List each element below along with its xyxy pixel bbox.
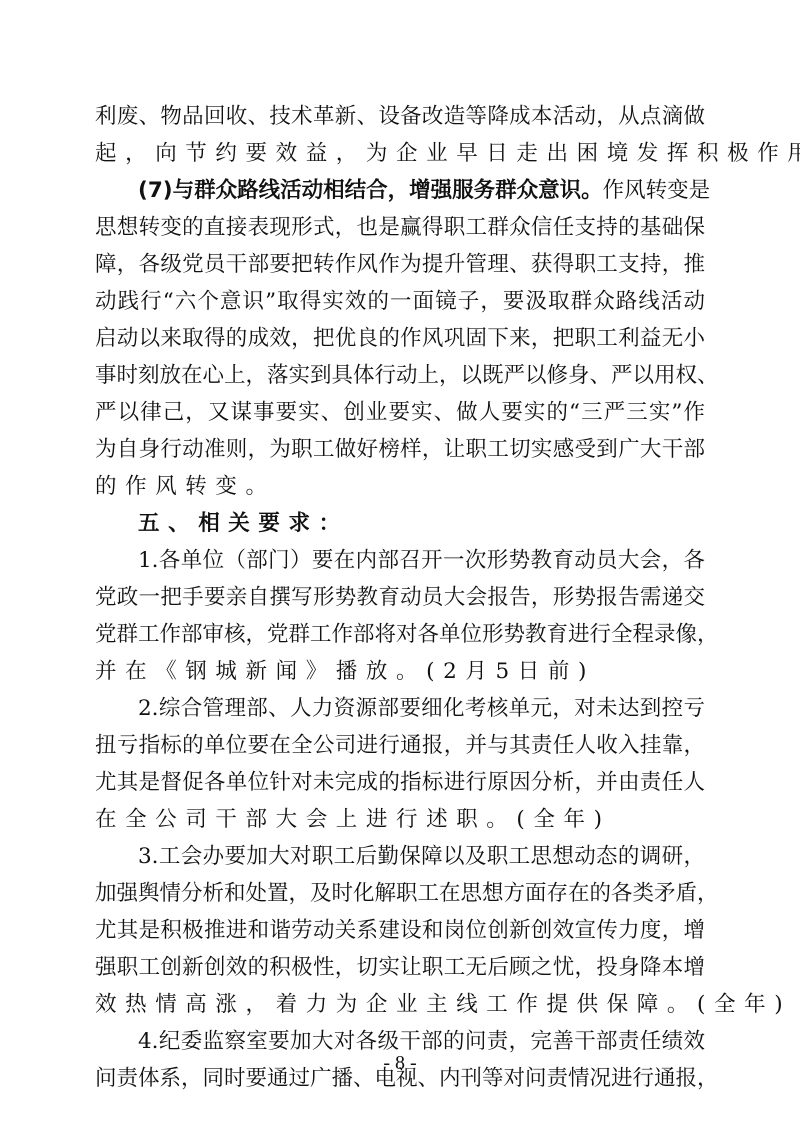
text-line: 思想转变的直接表现形式，也是赢得职工群众信任支持的基础保 [95,209,705,246]
line-text: 严以律己，又谋事要实、创业要实、做人要实的“三严三实”作 [95,400,705,425]
line-text: 动践行“六个意识”取得实效的一面镜子，要汲取群众路线活动 [95,289,705,314]
line-text: 1.各单位（部门）要在内部召开一次形势教育动员大会，各 [138,548,705,573]
line-text: 事时刻放在心上，落实到具体行动上，以既严以修身、严以用权、 [95,363,719,388]
line-text: 4.纪委监察室要加大对各级干部的问责，完善干部责任绩效 [138,1029,705,1054]
text-line: 1.各单位（部门）要在内部召开一次形势教育动员大会，各 [95,542,705,579]
line-text: 3.工会办要加大对职工后勤保障以及职工思想动态的调研， [138,844,705,869]
text-line: (7)与群众路线活动相结合，增强服务群众意识。作风转变是 [95,172,705,209]
line-text: 党群工作部审核，党群工作部将对各单位形势教育进行全程录像， [95,622,719,647]
bold-heading: (7)与群众路线活动相结合，增强服务群众意识。 [138,178,603,203]
line-text: 强职工创新创效的积极性，切实让职工无后顾之忧，投身降本增 [95,955,705,980]
text-line: 利废、物品回收、技术革新、设备改造等降成本活动，从点滴做 [95,98,705,135]
line-text: 启动以来取得的成效，把优良的作风巩固下来，把职工利益无小 [95,326,705,351]
line-text: 尤其是积极推进和谐劳动关系建设和岗位创新创效宣传力度，增 [95,918,705,943]
line-text: 扭亏指标的单位要在全公司进行通报，并与其责任人收入挂靠， [95,733,705,758]
line-text: 并在《钢城新闻》播放。(2月5日前) [95,659,595,684]
text-line: 加强舆情分析和处置，及时化解职工在思想方面存在的各类矛盾， [95,875,705,912]
line-text: 思想转变的直接表现形式，也是赢得职工群众信任支持的基础保 [95,215,705,240]
line-text: 党政一把手要亲自撰写形势教育动员大会报告，形势报告需递交 [95,585,705,610]
text-line: 党群工作部审核，党群工作部将对各单位形势教育进行全程录像， [95,616,705,653]
text-line: 为自身行动准则，为职工做好榜样，让职工切实感受到广大干部 [95,431,705,468]
line-text: 尤其是督促各单位针对未完成的指标进行原因分析，并由责任人 [95,770,705,795]
bold-heading: 五、相关要求： [138,511,349,536]
line-text: 的作风转变。 [95,474,276,499]
text-line: 在全公司干部大会上进行述职。(全年) [95,801,705,838]
line-text: 2.综合管理部、人力资源部要细化考核单元，对未达到控亏 [138,696,705,721]
text-line: 尤其是督促各单位针对未完成的指标进行原因分析，并由责任人 [95,764,705,801]
text-line: 动践行“六个意识”取得实效的一面镜子，要汲取群众路线活动 [95,283,705,320]
line-text: 障，各级党员干部要把转作风作为提升管理、获得职工支持，推 [95,252,705,277]
line-text: 加强舆情分析和处置，及时化解职工在思想方面存在的各类矛盾， [95,881,719,906]
text-line: 障，各级党员干部要把转作风作为提升管理、获得职工支持，推 [95,246,705,283]
text-line: 并在《钢城新闻》播放。(2月5日前) [95,653,705,690]
line-text: 起，向节约要效益，为企业早日走出困境发挥积极作用。 [95,141,800,166]
text-line: 五、相关要求： [95,505,705,542]
text-line: 3.工会办要加大对职工后勤保障以及职工思想动态的调研， [95,838,705,875]
line-text: 在全公司干部大会上进行述职。(全年) [95,807,611,832]
text-line: 强职工创新创效的积极性，切实让职工无后顾之忧，投身降本增 [95,949,705,986]
text-line: 事时刻放在心上，落实到具体行动上，以既严以修身、严以用权、 [95,357,705,394]
text-line: 尤其是积极推进和谐劳动关系建设和岗位创新创效宣传力度，增 [95,912,705,949]
line-text: 作风转变是 [603,178,711,203]
line-text: 效热情高涨，着力为企业主线工作提供保障。(全年) [95,992,791,1017]
line-text: 利废、物品回收、技术革新、设备改造等降成本活动，从点滴做 [95,104,705,129]
text-line: 效热情高涨，着力为企业主线工作提供保障。(全年) [95,986,705,1023]
text-line: 扭亏指标的单位要在全公司进行通报，并与其责任人收入挂靠， [95,727,705,764]
document-body: 利废、物品回收、技术革新、设备改造等降成本活动，从点滴做起，向节约要效益，为企业… [95,98,705,1097]
text-line: 2.综合管理部、人力资源部要细化考核单元，对未达到控亏 [95,690,705,727]
text-line: 的作风转变。 [95,468,705,505]
text-line: 启动以来取得的成效，把优良的作风巩固下来，把职工利益无小 [95,320,705,357]
text-line: 起，向节约要效益，为企业早日走出困境发挥积极作用。 [95,135,705,172]
text-line: 严以律己，又谋事要实、创业要实、做人要实的“三严三实”作 [95,394,705,431]
text-line: 党政一把手要亲自撰写形势教育动员大会报告，形势报告需递交 [95,579,705,616]
line-text: 为自身行动准则，为职工做好榜样，让职工切实感受到广大干部 [95,437,705,462]
page-number: - 8 - [0,1052,800,1075]
